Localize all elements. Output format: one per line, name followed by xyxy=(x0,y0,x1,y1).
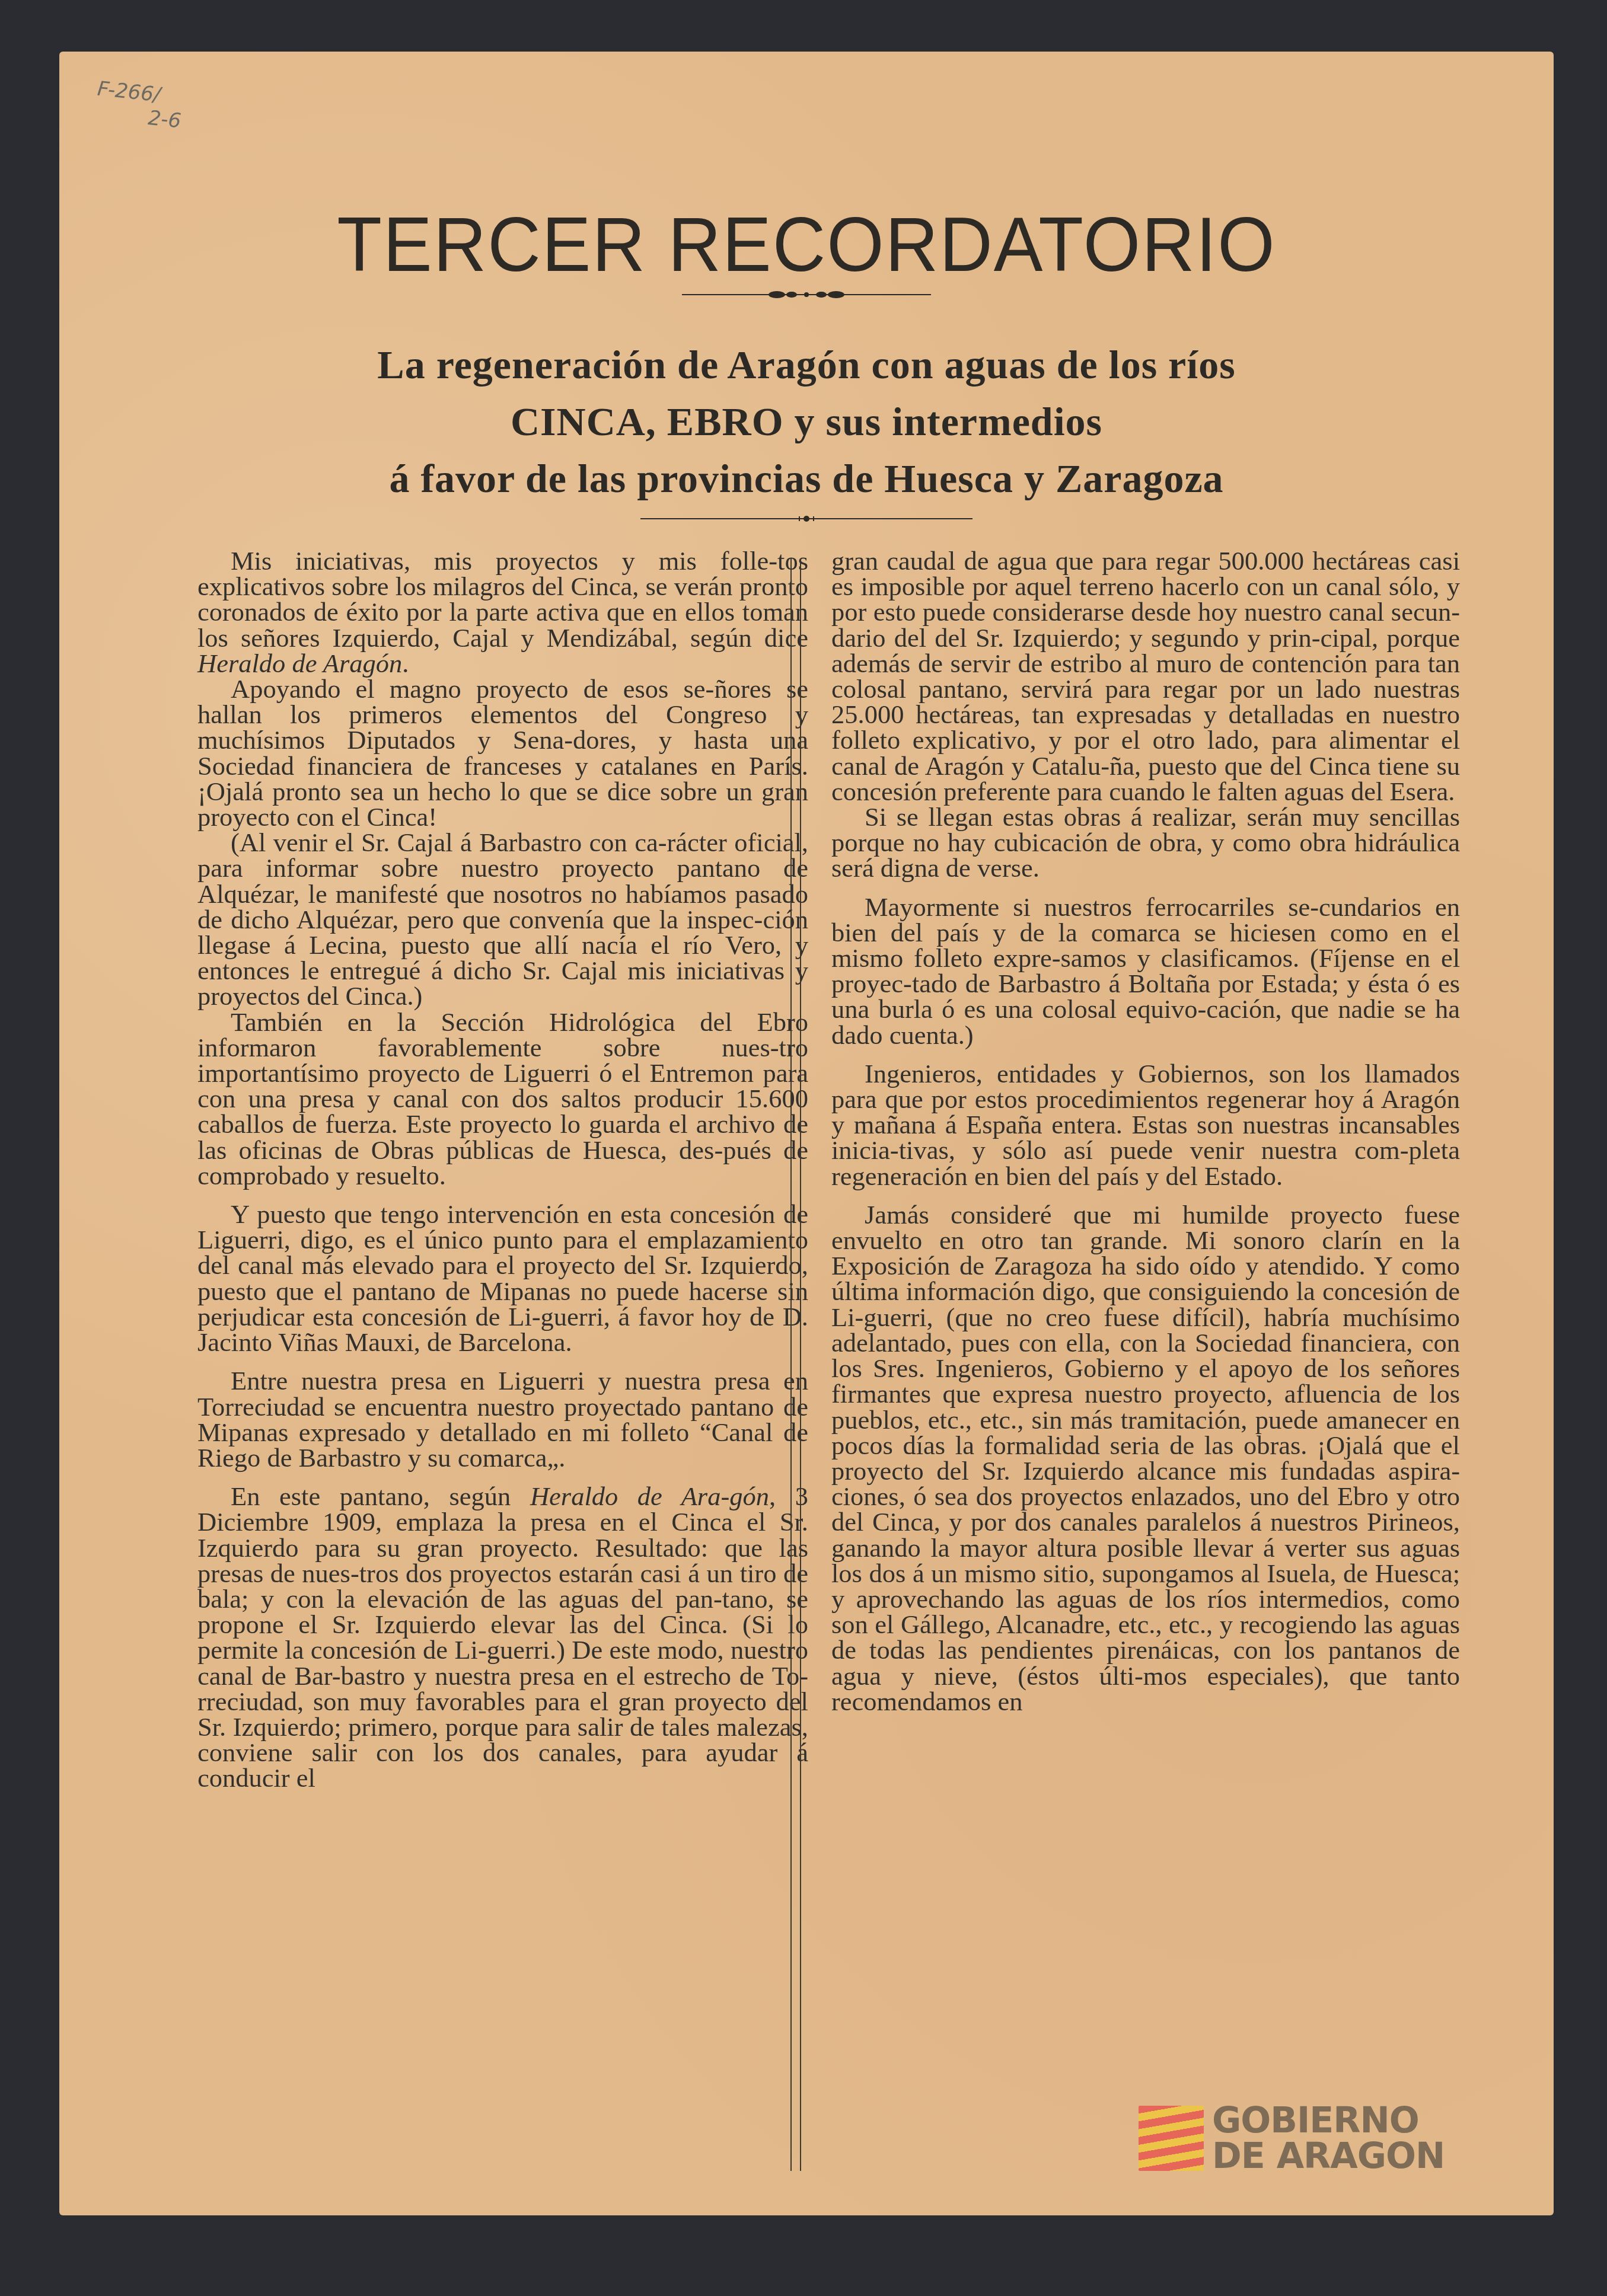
archive-reference-line2: 2-6 xyxy=(94,100,182,133)
subtitle-ornament-divider xyxy=(640,514,973,523)
paragraph: Mayormente si nuestros ferrocarriles se-… xyxy=(831,895,1460,1048)
subtitle-line-3: á favor de las provincias de Huesca y Za… xyxy=(59,450,1554,507)
left-text-column: Mis iniciativas, mis proyectos y mis fol… xyxy=(197,548,808,1792)
document-subtitle: La regeneración de Aragón con aguas de l… xyxy=(59,336,1554,507)
paragraph: Apoyando el magno proyecto de esos se-ño… xyxy=(197,676,808,830)
logo-line-1: GOBIERNO xyxy=(1212,2103,1445,2138)
document-title: TERCER RECORDATORIO xyxy=(59,200,1554,289)
subtitle-line-2: CINCA, EBRO y sus intermedios xyxy=(59,393,1554,450)
paragraph: Jamás consideré que mi humilde proyecto … xyxy=(831,1202,1460,1714)
title-ornament-divider xyxy=(682,289,931,301)
paragraph: Mis iniciativas, mis proyectos y mis fol… xyxy=(197,548,808,676)
paragraph: Y puesto que tengo intervención en esta … xyxy=(197,1202,808,1355)
paragraph: Si se llegan estas obras á realizar, ser… xyxy=(831,804,1460,882)
paragraph: Entre nuestra presa en Liguerri y nuestr… xyxy=(197,1368,808,1471)
archive-reference: F-266/ 2-6 xyxy=(94,77,184,133)
paragraph: Ingenieros, entidades y Gobiernos, son l… xyxy=(831,1061,1460,1189)
paragraph: (Al venir el Sr. Cajal á Barbastro con c… xyxy=(197,830,808,1009)
logo-text: GOBIERNO DE ARAGON xyxy=(1212,2103,1445,2174)
gobierno-de-aragon-logo: GOBIERNO DE ARAGON xyxy=(1139,2103,1445,2174)
paragraph: gran caudal de agua que para regar 500.0… xyxy=(831,548,1460,804)
logo-line-2: DE ARAGON xyxy=(1212,2138,1445,2174)
column-divider xyxy=(790,558,801,2171)
right-text-column: gran caudal de agua que para regar 500.0… xyxy=(831,548,1460,1714)
document-page: F-266/ 2-6 TERCER RECORDATORIO La regene… xyxy=(59,52,1554,2215)
paragraph: También en la Sección Hidrológica del Eb… xyxy=(197,1010,808,1189)
paragraph: En este pantano, según Heraldo de Ara-gó… xyxy=(197,1484,808,1791)
aragon-flag-icon xyxy=(1139,2106,1204,2171)
subtitle-line-1: La regeneración de Aragón con aguas de l… xyxy=(59,336,1554,393)
